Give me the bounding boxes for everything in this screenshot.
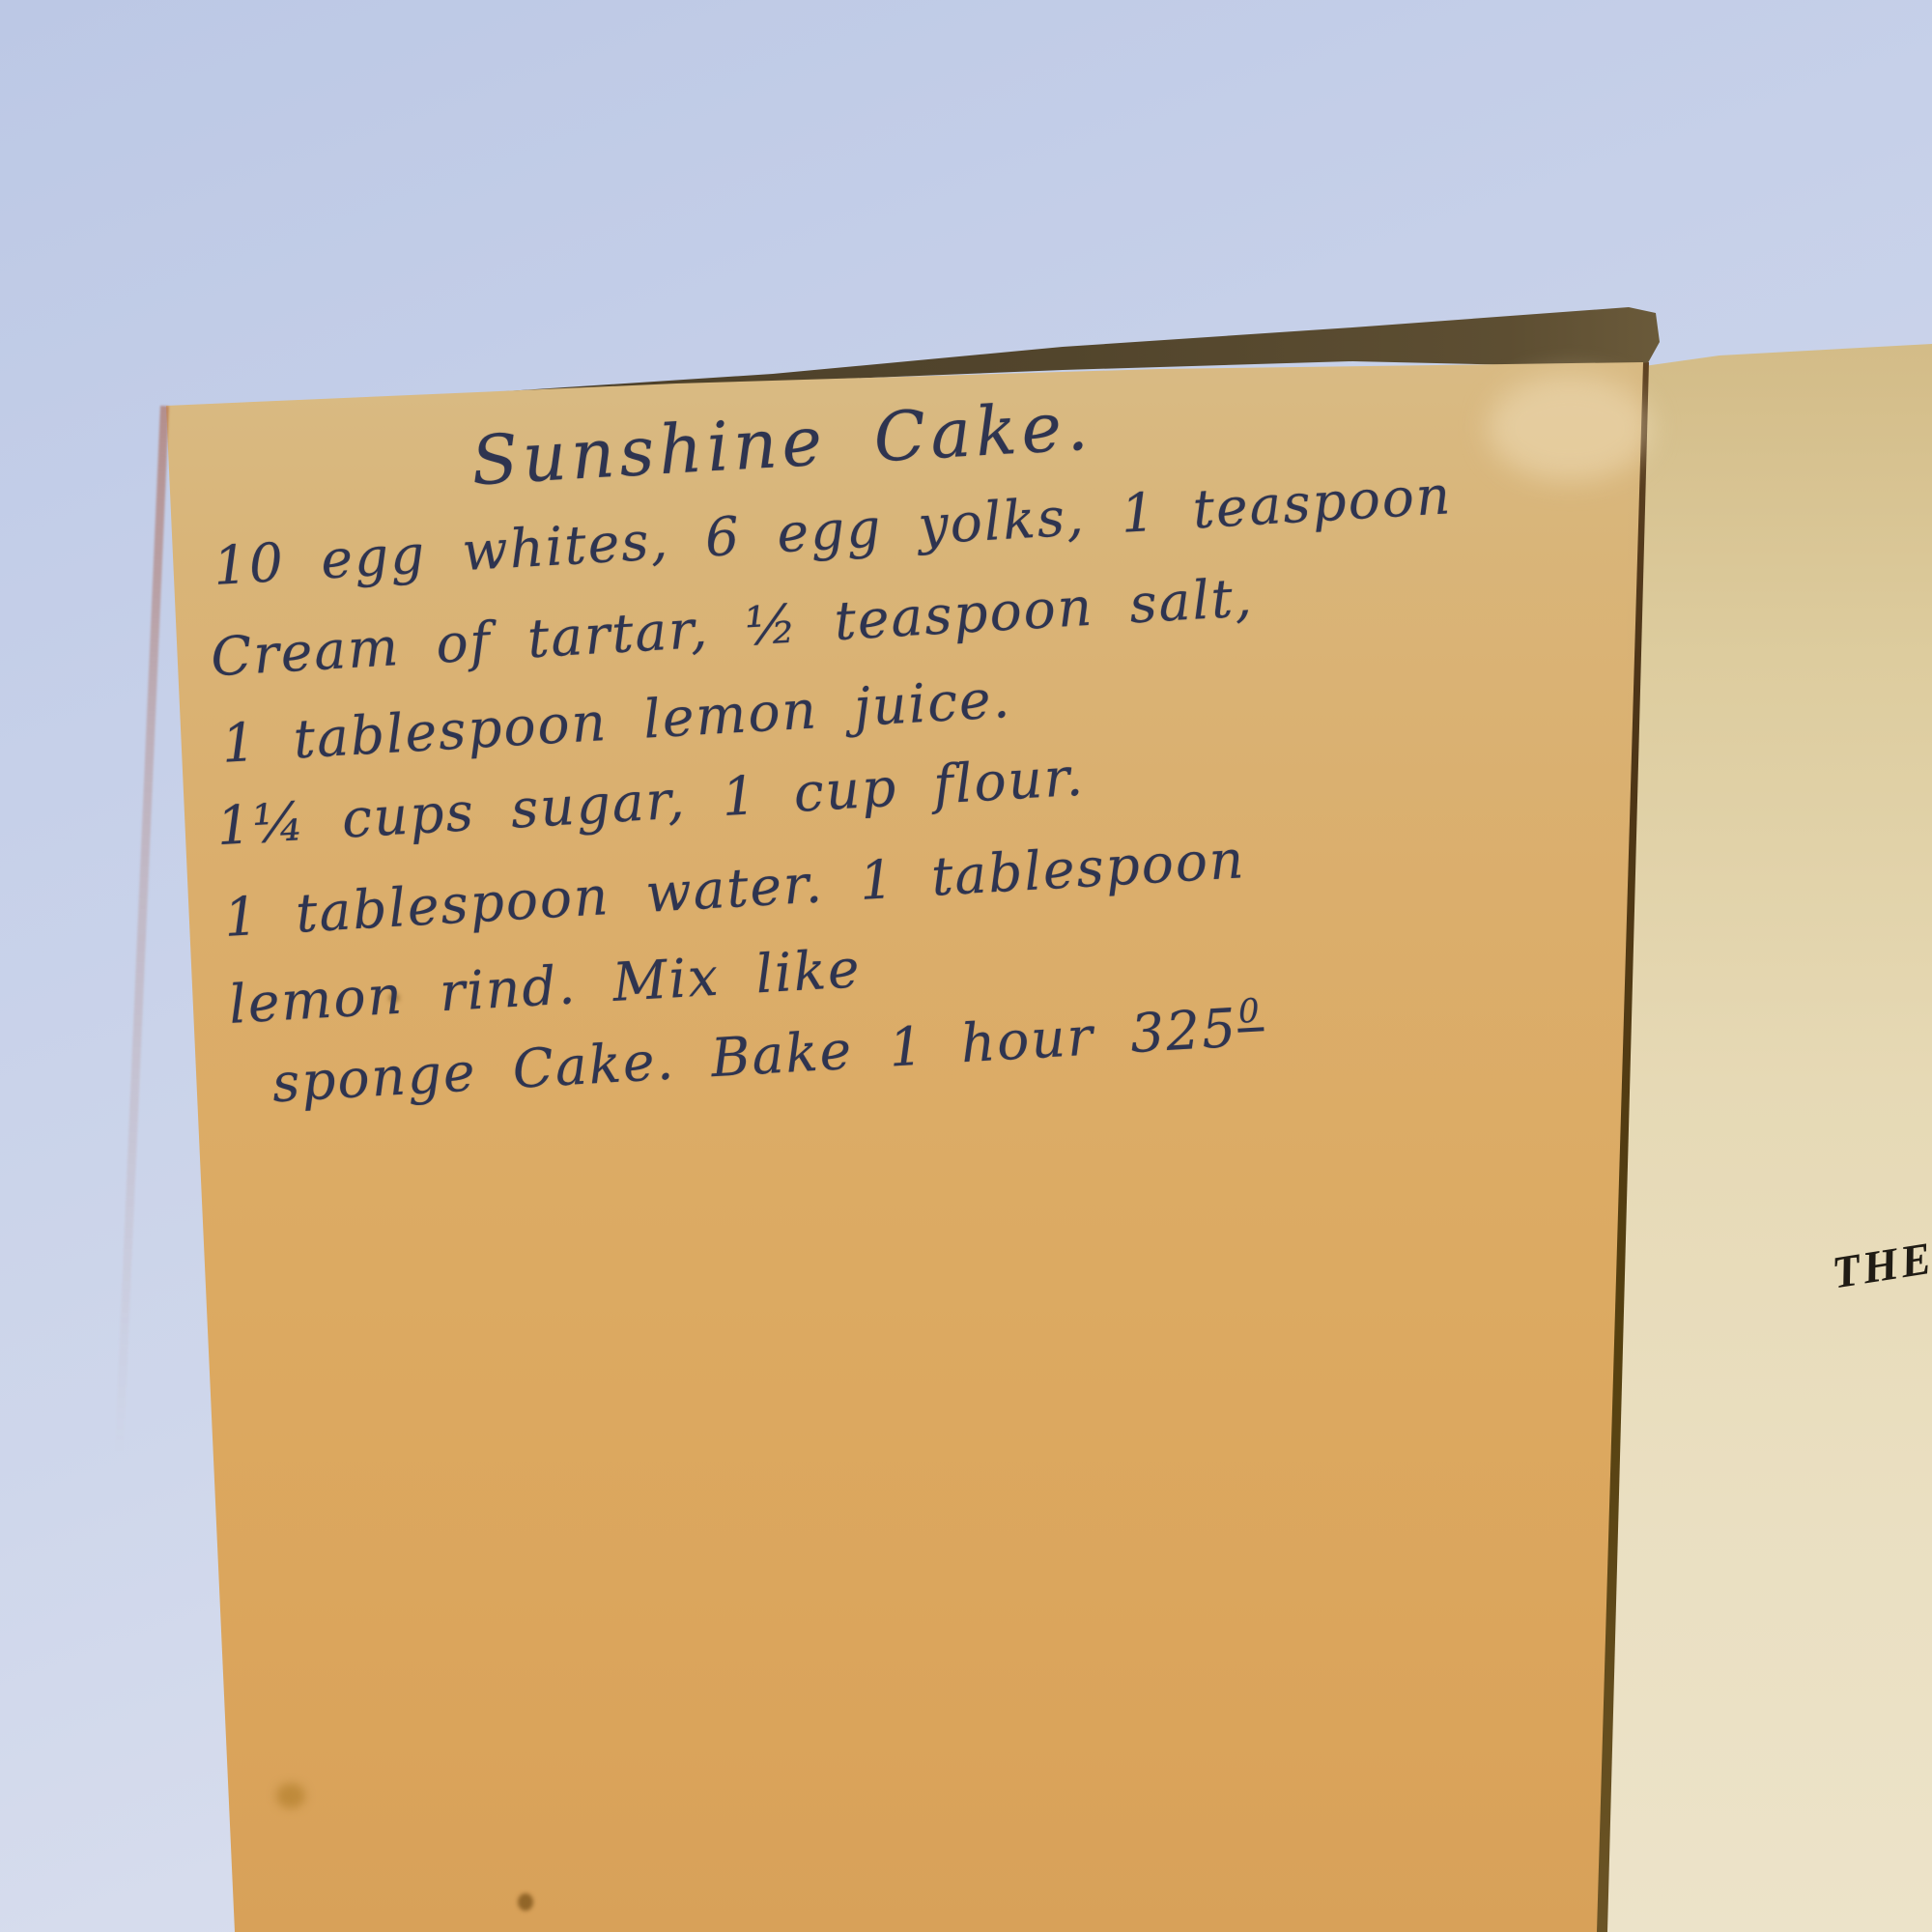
handwritten-recipe-block: Sunshine Cake. 10 egg whites, 6 egg yolk… [193, 332, 1686, 1207]
temperature-degree-mark: 0 [1236, 994, 1264, 1033]
recipe-line-water-tablespoon: 1 tablespoon water. 1 tablespoon [222, 832, 1246, 947]
recipe-line-lemon-rind-mix: lemon rind. Mix like [228, 941, 864, 1033]
page-stain [276, 1783, 305, 1808]
photo-of-open-vintage-cookbook: Sunshine Cake. 10 egg whites, 6 egg yolk… [0, 0, 1932, 1932]
recipe-line-ingredients-eggs: 10 egg whites, 6 egg yolks, 1 teaspoon [212, 468, 1453, 595]
page-stain [518, 1893, 533, 1911]
left-page-worn-edge [106, 406, 169, 1641]
recipe-title: Sunshine Cake. [469, 390, 1094, 497]
